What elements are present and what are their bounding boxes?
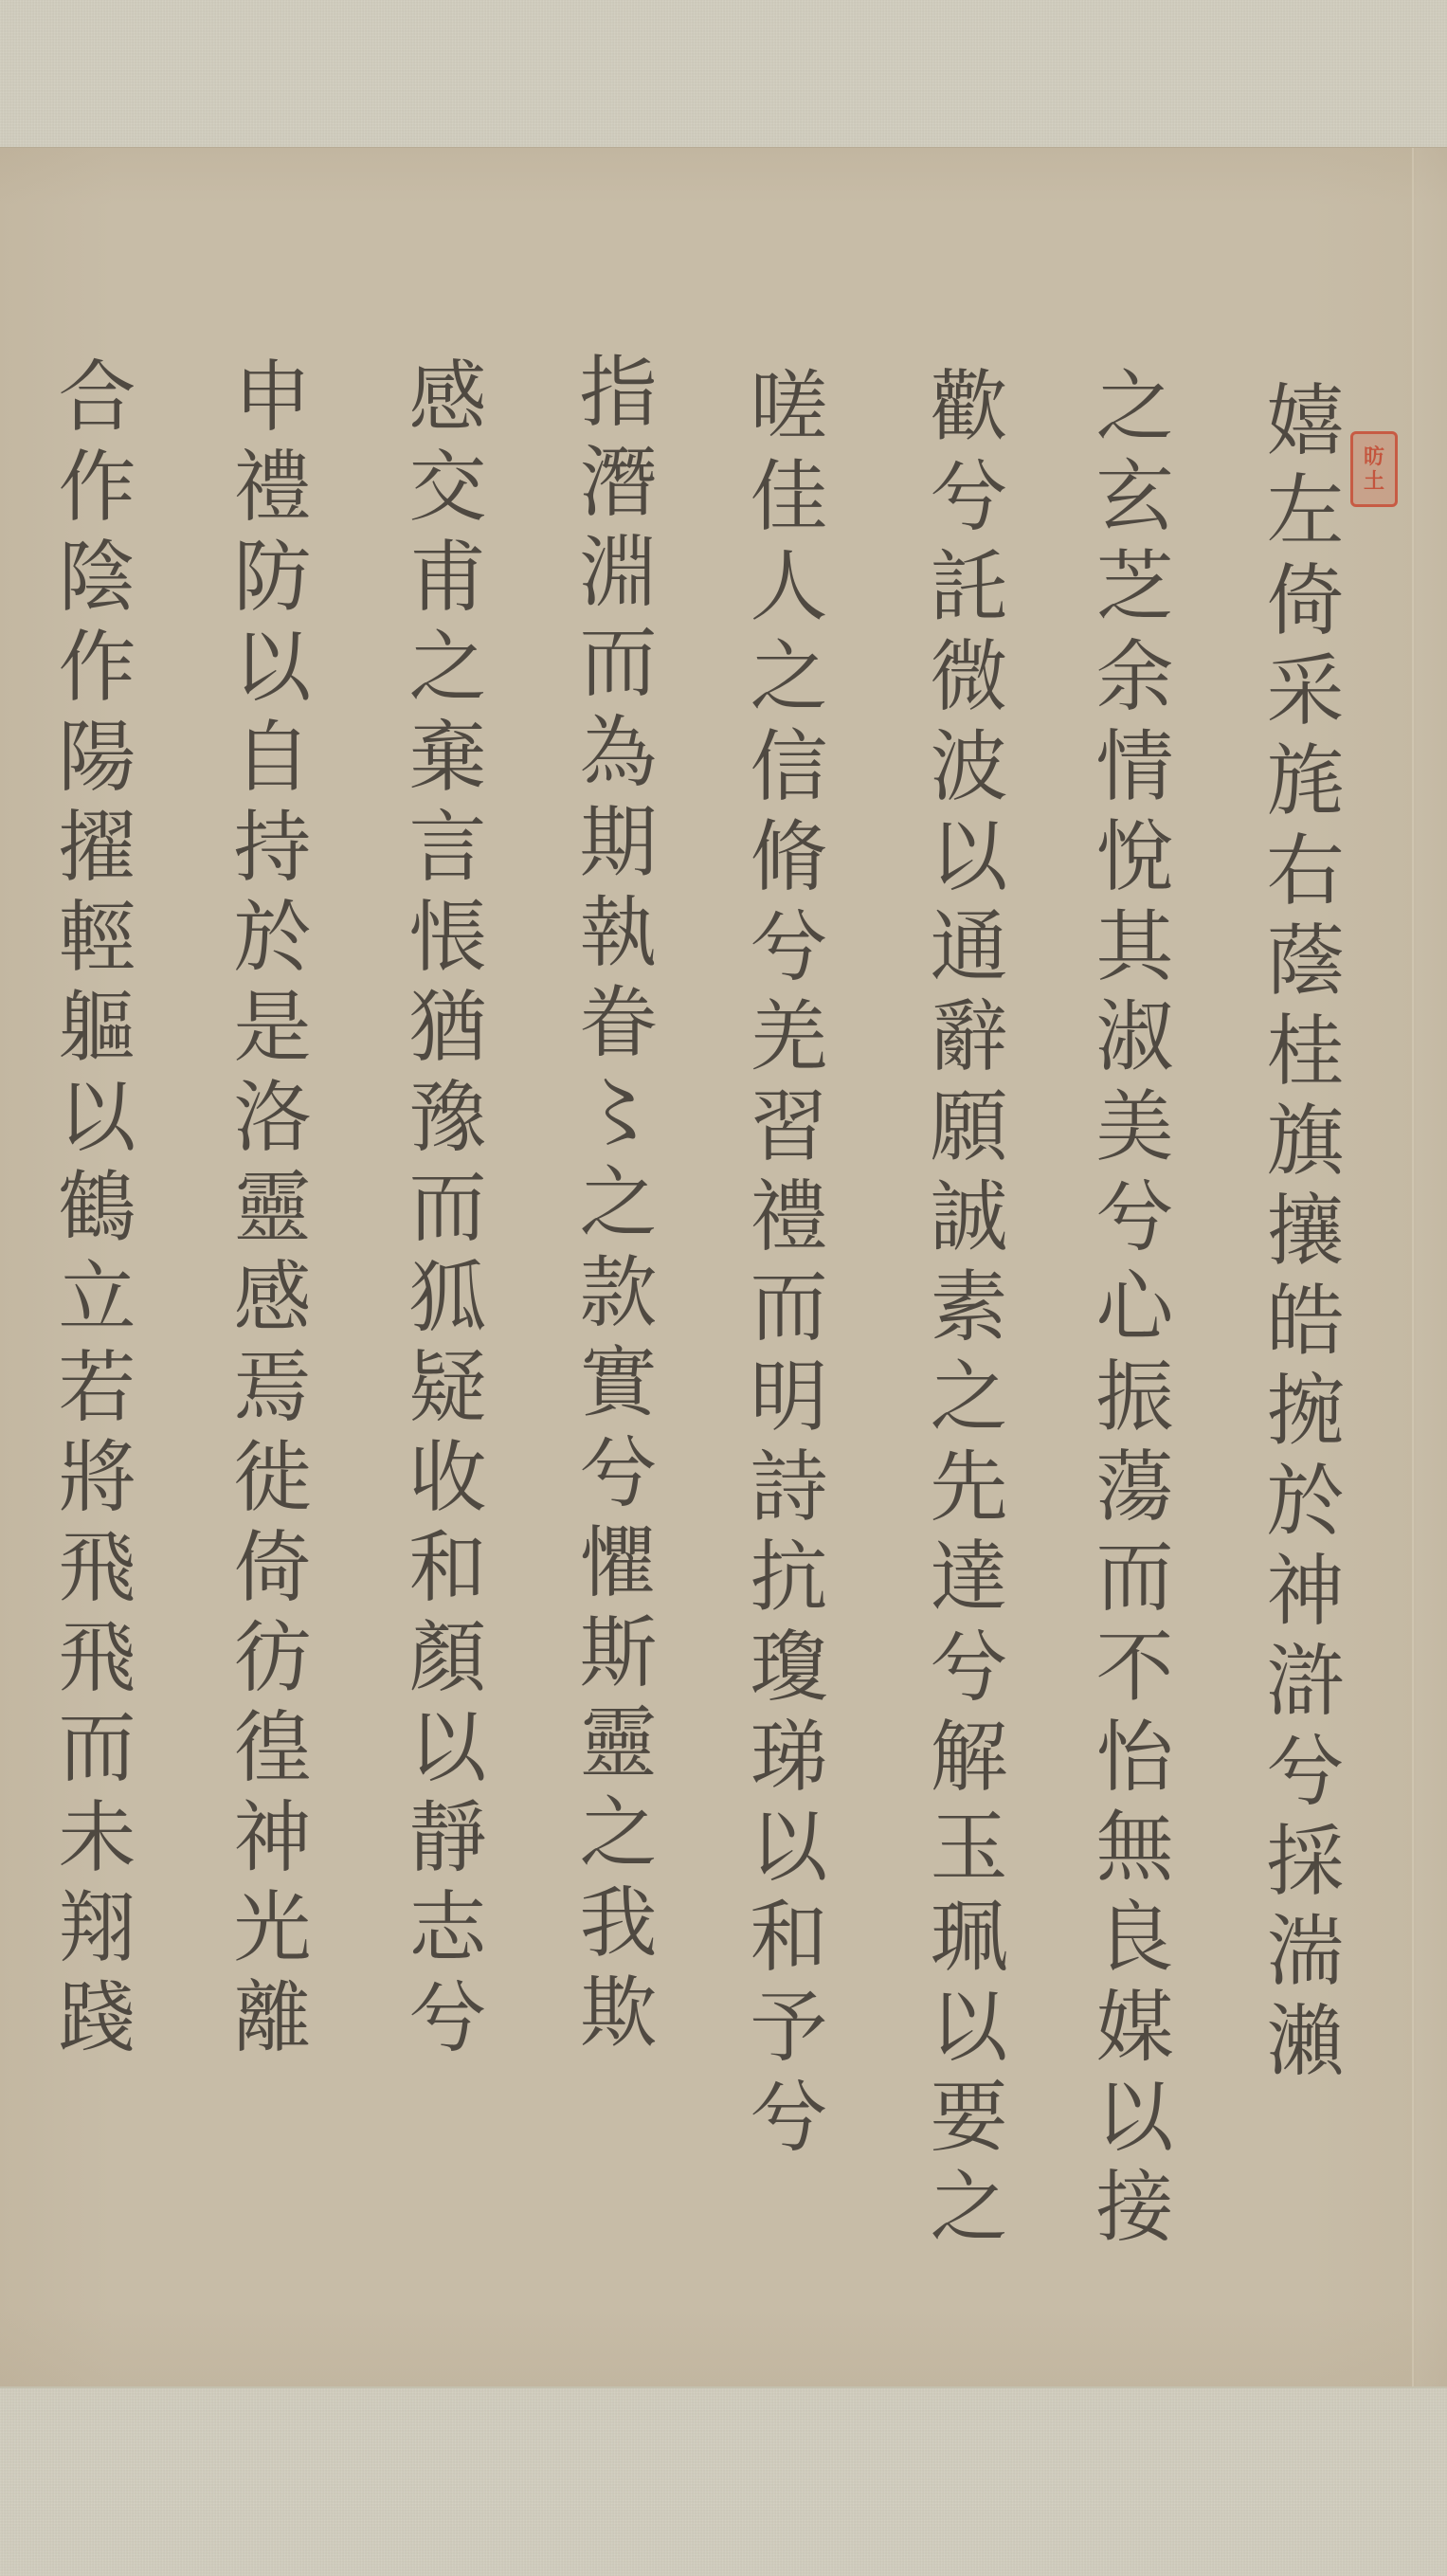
text-column-7: 申禮防以自持於是洛靈感焉徙倚彷徨神光離 [190, 355, 341, 2308]
text-column-2: 之玄芝余情悅其淑美兮心振蕩而不怡無良媒以接 [1052, 365, 1203, 2317]
text-column-6: 感交甫之棄言悵猶豫而狐疑收和顏以靜志兮 [365, 355, 516, 2308]
bottom-silk-mount [0, 2386, 1447, 2576]
top-silk-mount [0, 0, 1447, 147]
seal-glyph-1: 昉 [1364, 444, 1384, 469]
text-column-3: 歡兮託微波以通辭願誠素之先達兮解玉珮以要之 [886, 365, 1038, 2317]
seal-glyph-2: 土 [1364, 469, 1384, 494]
text-column-1: 嬉左倚采旄右蔭桂旗攘皓捥於神滸兮採湍瀨 [1222, 379, 1374, 2331]
calligraphy-text-block: 嬉左倚采旄右蔭桂旗攘皓捥於神滸兮採湍瀨 之玄芝余情悅其淑美兮心振蕩而不怡無良媒以… [0, 365, 1447, 2317]
text-column-4: 嗟佳人之信脩兮羌習禮而明詩抗瓊珶以和予兮 [706, 365, 858, 2317]
red-seal-stamp: 昉 土 [1350, 431, 1398, 507]
text-column-5: 指潛淵而為期執眷〻之款實兮懼斯靈之我欺 [535, 351, 687, 2303]
text-column-8: 合作陰作陽擢輕軀以鶴立若將飛飛而未翔踐 [14, 355, 166, 2308]
